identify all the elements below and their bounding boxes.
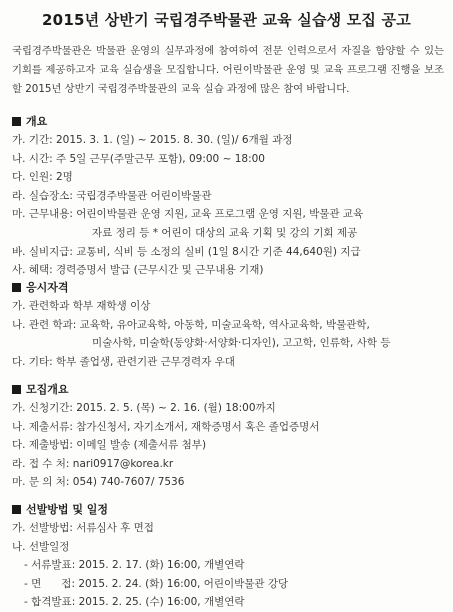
recruitment-method: 다. 제출방법: 이메일 발송 (제출서류 첨부) [12,436,448,455]
eligibility-level: 가. 관련학과 학부 재학생 이상 [12,297,448,316]
schedule-document-result: - 서류발표: 2015. 2. 17. (화) 16:00, 개별연락 [12,556,448,575]
recruitment-email: 라. 접 수 처: nari0917@korea.kr [12,455,448,474]
section-heading: 개요 [12,113,448,131]
section-heading: 모집개요 [12,381,448,399]
section-recruitment: 모집개요 가. 신청기간: 2015. 2. 5. (목) ~ 2. 16. (… [12,381,448,492]
schedule-interview: - 면 접: 2015. 2. 24. (화) 16:00, 어린이박물관 강당 [12,575,448,594]
section-heading: 선발방법 및 일정 [12,501,448,519]
section-overview: 개요 가. 기간: 2015. 3. 1. (일) ~ 2015. 8. 30.… [12,113,448,280]
schedule-final-result: - 합격발표: 2015. 2. 25. (수) 16:00, 개별연락 [12,593,448,612]
section-eligibility: 응시자격 가. 관련학과 학부 재학생 이상 나. 관련 학과: 교육학, 유아… [12,279,448,371]
section-selection: 선발방법 및 일정 가. 선발방법: 서류심사 후 면접 나. 선발일정 - 서… [12,501,448,612]
section-heading: 응시자격 [12,279,448,297]
overview-duties: 마. 근무내용: 어린이박물관 운영 지원, 교육 프로그램 운영 지원, 박물… [12,205,448,224]
page-title: 2015년 상반기 국립경주박물관 교육 실습생 모집 공고 [0,9,453,30]
eligibility-majors-cont: 미술사학, 미술학(동양화·서양화·디자인), 고고학, 인류학, 사학 등 [12,334,448,353]
overview-pay: 바. 실비지급: 교통비, 식비 등 소정의 실비 (1일 8시간 기준 44,… [12,243,448,262]
square-bullet-icon [12,117,21,126]
eligibility-other: 다. 기타: 학부 졸업생, 관련기관 근무경력자 우대 [12,353,448,372]
heading-text: 모집개요 [26,383,69,396]
overview-period: 가. 기간: 2015. 3. 1. (일) ~ 2015. 8. 30. (일… [12,131,448,150]
overview-location: 라. 실습장소: 국립경주박물관 어린이박물관 [12,187,448,206]
heading-text: 응시자격 [26,281,69,294]
intro-paragraph: 국립경주박물관은 박물관 운영의 실무과정에 참여하여 전문 인력으로서 자질을… [12,42,444,99]
selection-schedule: 나. 선발일정 [12,538,448,557]
heading-text: 선발방법 및 일정 [26,503,108,516]
overview-duties-cont: 자료 정리 등 * 어린이 대상의 교육 기획 및 강의 기회 제공 [12,224,448,243]
selection-method: 가. 선발방법: 서류심사 후 면접 [12,519,448,538]
overview-benefits: 사. 혜택: 경력증명서 발급 (근무시간 및 근무내용 기재) [12,261,448,280]
recruitment-period: 가. 신청기간: 2015. 2. 5. (목) ~ 2. 16. (월) 18… [12,399,448,418]
recruitment-contact: 마. 문 의 처: 054) 740-7607/ 7536 [12,473,448,492]
recruitment-documents: 나. 제출서류: 참가신청서, 자기소개서, 재학증명서 혹은 졸업증명서 [12,418,448,437]
square-bullet-icon [12,283,21,292]
overview-hours: 나. 시간: 주 5일 근무(주말근무 포함), 09:00 ~ 18:00 [12,150,448,169]
eligibility-majors: 나. 관련 학과: 교육학, 유아교육학, 아동학, 미술교육학, 역사교육학,… [12,316,448,335]
square-bullet-icon [12,385,21,394]
square-bullet-icon [12,505,21,514]
overview-headcount: 다. 인원: 2명 [12,168,448,187]
heading-text: 개요 [26,115,47,128]
